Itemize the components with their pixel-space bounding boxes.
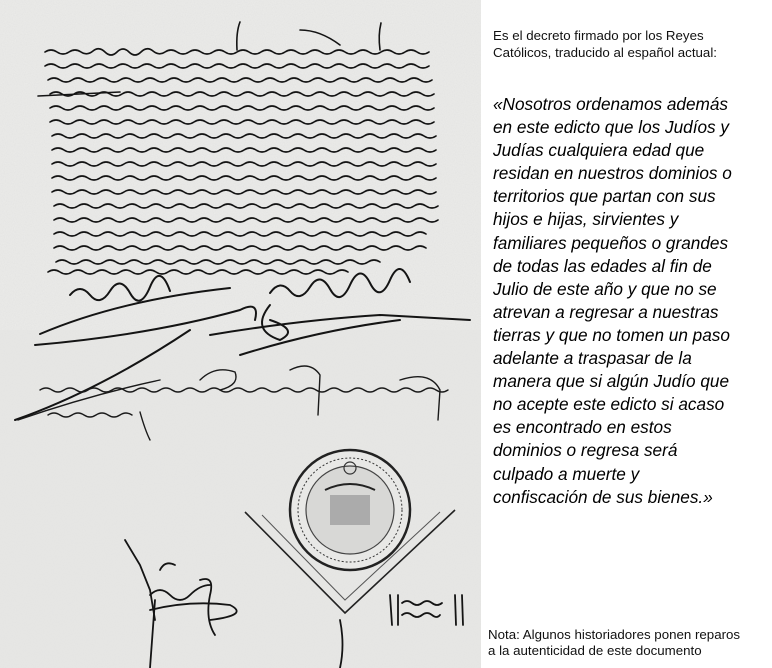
quote-line: de todas las edades al fin de	[493, 255, 772, 278]
translation-panel: Es el decreto firmado por los Reyes Cató…	[481, 0, 772, 668]
intro-line: Católicos, traducido al español actual:	[493, 44, 768, 61]
intro-line: Es el decreto firmado por los Reyes	[493, 27, 768, 44]
quote-line: hijos e hijas, sirvientes y	[493, 208, 772, 231]
quote-line: atrevan a regresar a nuestras	[493, 301, 772, 324]
quote-line: manera que si algún Judío que	[493, 370, 772, 393]
quote-line: culpado a muerte y	[493, 463, 772, 486]
decree-quote: «Nosotros ordenamos además en este edict…	[493, 93, 772, 509]
authenticity-note: Nota: Algunos historiadores ponen reparo…	[488, 627, 772, 659]
quote-line: «Nosotros ordenamos además	[493, 93, 772, 116]
quote-line: Julio de este año y que no se	[493, 278, 772, 301]
quote-line: en este edicto que los Judíos y	[493, 116, 772, 139]
quote-line: residan en nuestros dominios o	[493, 162, 772, 185]
decree-manuscript-image	[0, 0, 481, 668]
quote-line: tierras y que no tomen un paso	[493, 324, 772, 347]
quote-line: confiscación de sus bienes.»	[493, 486, 772, 509]
quote-line: familiares pequeños o grandes	[493, 232, 772, 255]
manuscript-icon	[0, 0, 481, 668]
quote-line: territorios que partan con sus	[493, 185, 772, 208]
quote-line: adelante a traspasar de la	[493, 347, 772, 370]
quote-line: no acepte este edicto si acaso	[493, 393, 772, 416]
note-line: Nota: Algunos historiadores ponen reparo…	[488, 627, 772, 643]
intro-text: Es el decreto firmado por los Reyes Cató…	[493, 27, 768, 61]
quote-line: Judías cualquiera edad que	[493, 139, 772, 162]
quote-line: dominios o regresa será	[493, 439, 772, 462]
note-line: a la autenticidad de este documento	[488, 643, 772, 659]
quote-line: es encontrado en estos	[493, 416, 772, 439]
